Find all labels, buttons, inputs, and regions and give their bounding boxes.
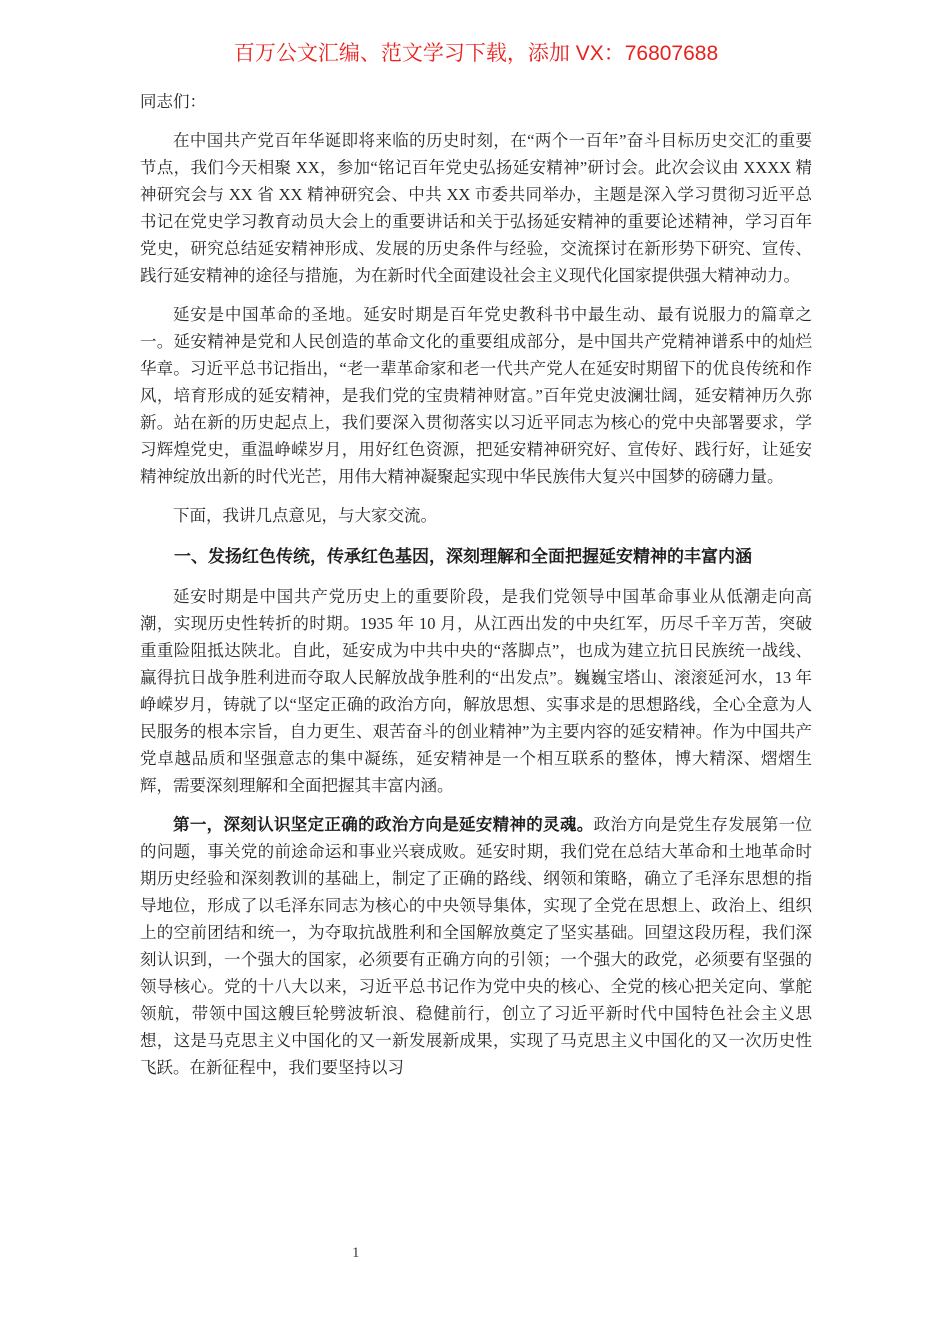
document-page: 百万公文汇编、范文学习下载，添加 VX：76807688 同志们： 在中国共产党… [0, 0, 950, 1344]
paragraph-opening: 在中国共产党百年华诞即将来临的历史时刻，在“两个一百年”奋斗目标历史交汇的重要节… [140, 127, 812, 289]
page-number: 1 [352, 1243, 360, 1263]
document-content: 百万公文汇编、范文学习下载，添加 VX：76807688 同志们： 在中国共产党… [0, 0, 950, 1081]
section-heading-one: 一、发扬红色传统，传承红色基因，深刻理解和全面把握延安精神的丰富内涵 [140, 543, 812, 571]
paragraph-history: 延安时期是中国共产党历史上的重要阶段，是我们党领导中国革命事业从低潮走向高潮，实… [140, 583, 812, 799]
paragraph-point-one: 第一，深刻认识坚定正确的政治方向是延安精神的灵魂。政治方向是党生存发展第一位的问… [140, 811, 812, 1081]
paragraph-yanan-spirit: 延安是中国革命的圣地。延安时期是百年党史教科书中最生动、最有说服力的篇章之一。延… [140, 301, 812, 490]
point-one-lead: 第一，深刻认识坚定正确的政治方向是延安精神的灵魂。 [173, 815, 594, 834]
salutation: 同志们： [140, 88, 812, 115]
point-one-body: 政治方向是党生存发展第一位的问题，事关党的前途命运和事业兴衰成败。延安时期，我们… [140, 815, 812, 1077]
paragraph-transition: 下面，我讲几点意见，与大家交流。 [140, 502, 812, 529]
promo-header-text: 百万公文汇编、范文学习下载，添加 VX：76807688 [140, 0, 812, 68]
